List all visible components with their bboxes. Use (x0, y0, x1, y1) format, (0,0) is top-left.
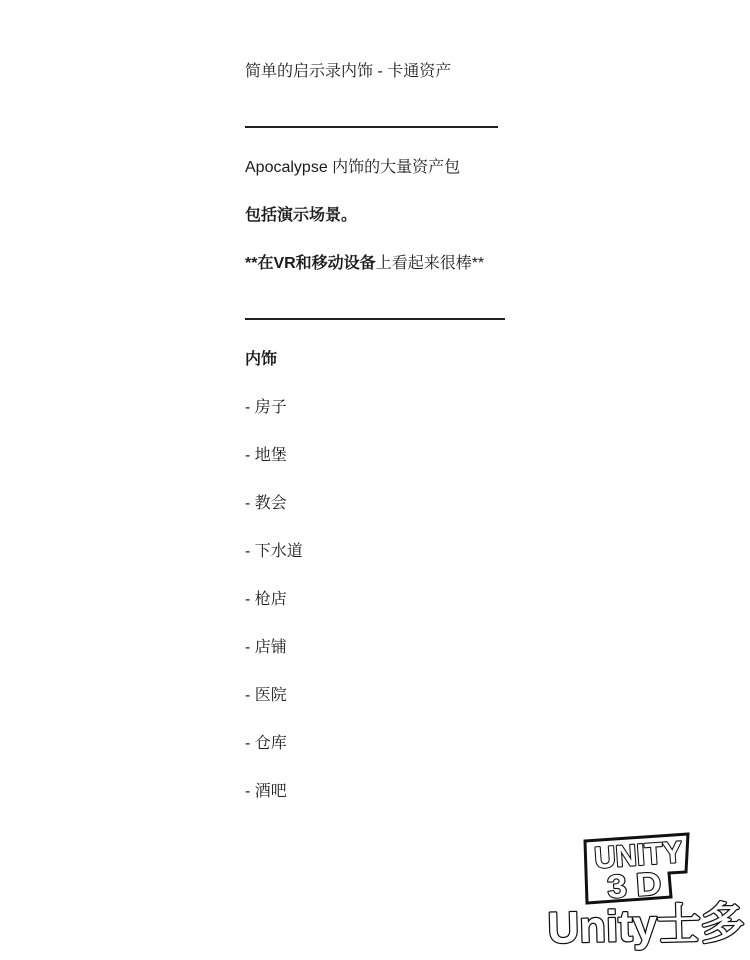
section-heading-interiors: 内饰 (245, 348, 675, 372)
unity3d-watermark-logo: UNITY 3 D Unity士多 (540, 826, 750, 958)
list-item-house: - 房子 (245, 396, 675, 420)
vr-note-bold-segment: **在VR和移动设备 (245, 255, 376, 272)
divider-line-bottom (245, 300, 505, 320)
divider-line-top (245, 108, 498, 128)
watermark-brand-text: Unity士多 (547, 899, 745, 953)
page-title: 简单的启示录内饰 - 卡通资产 (245, 60, 675, 84)
list-item-hospital: - 医院 (245, 684, 675, 708)
includes-demo-text: 包括演示场景。 (245, 204, 675, 228)
list-item-church: - 教会 (245, 492, 675, 516)
list-item-bunker: - 地堡 (245, 444, 675, 468)
vr-note-text: **在VR和移动设备上看起来很棒** (245, 252, 675, 276)
list-item-sewer: - 下水道 (245, 540, 675, 564)
list-item-shop: - 店铺 (245, 636, 675, 660)
vr-note-regular-segment: 上看起来很棒** (376, 255, 484, 272)
product-description-page: 简单的启示录内饰 - 卡通资产 Apocalypse 内饰的大量资产包 包括演示… (0, 0, 750, 960)
intro-text: Apocalypse 内饰的大量资产包 (245, 156, 675, 180)
description-content: 简单的启示录内饰 - 卡通资产 Apocalypse 内饰的大量资产包 包括演示… (245, 60, 675, 828)
list-item-bar: - 酒吧 (245, 780, 675, 804)
list-item-gun-shop: - 枪店 (245, 588, 675, 612)
watermark-box-text-3d: 3 D (606, 865, 662, 905)
list-item-warehouse: - 仓库 (245, 732, 675, 756)
